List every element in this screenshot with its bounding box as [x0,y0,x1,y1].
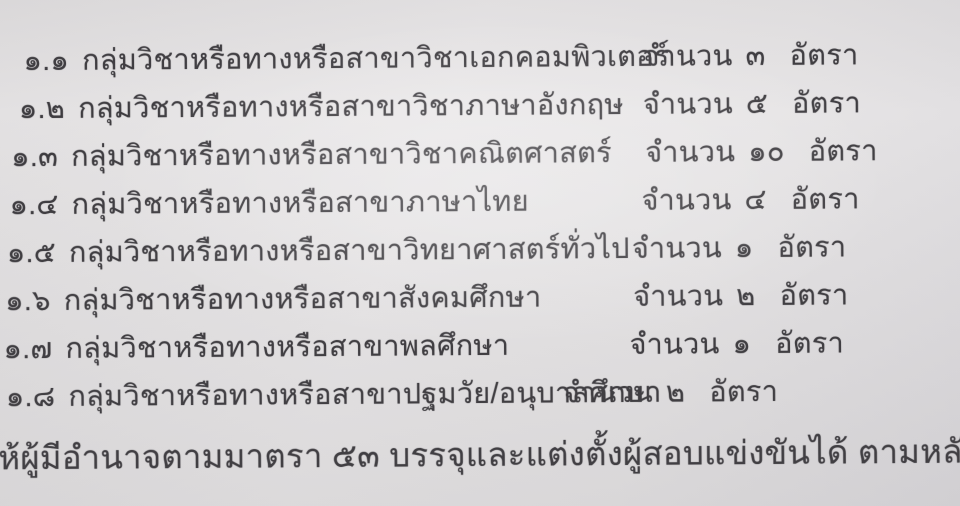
unit-label: อัตรา [775,319,844,365]
quota-value: จำนวน ๒ อัตรา [563,367,779,417]
quota-row: ๑.๓ กลุ่มวิชาหรือทางหรือสาขาวิชาคณิตศาสต… [0,126,959,181]
item-number: ๑.๒ [19,85,66,131]
count-prefix-label: จำนวน [642,32,732,79]
count-prefix-label: จำนวน [643,80,733,127]
quota-row: ๑.๗ กลุ่มวิชาหรือทางหรือสาขาพลศึกษา จำนว… [0,318,960,373]
count-prefix-label: จำนวน [641,176,731,223]
document-content: ๑.๑ กลุ่มวิชาหรือทางหรือสาขาวิชาเอกคอมพิ… [0,30,960,485]
subject-label: กลุ่มวิชาหรือทางหรือสาขาวิทยาศาสตร์ทั่วไ… [69,225,630,275]
quota-row: ๑.๔ กลุ่มวิชาหรือทางหรือสาขาภาษาไทย จำนว… [0,174,960,229]
unit-label: อัตรา [789,31,858,77]
unit-label: อัตรา [779,271,848,317]
count-value: ๕ [746,80,768,126]
quota-value: จำนวน ๑ อัตรา [632,222,847,271]
quota-row: ๑.๑ กลุ่มวิชาหรือทางหรือสาขาวิชาเอกคอมพิ… [0,30,959,85]
unit-label: อัตรา [792,79,861,125]
unit-label: อัตรา [809,127,878,173]
item-number: ๑.๖ [5,277,51,323]
subject-label: กลุ่มวิชาหรือทางหรือสาขาวิชาเอกคอมพิวเตอ… [82,33,670,83]
subject-label: กลุ่มวิชาหรือทางหรือสาขาพลศึกษา [65,322,509,371]
quota-value: จำนวน ๓ อัตรา [642,30,858,80]
unit-label: อัตรา [709,368,778,414]
count-prefix-label: จำนวน [633,272,723,319]
quota-row: ๑.๘ กลุ่มวิชาหรือทางหรือสาขาปฐมวัย/อนุบา… [1,366,960,421]
quota-value: จำนวน ๕ อัตรา [643,78,861,128]
count-prefix-label: จำนวน [632,224,722,271]
item-number: ๑.๘ [6,373,56,419]
item-number: ๑.๔ [9,181,58,227]
quota-row: ๑.๒ กลุ่มวิชาหรือทางหรือสาขาวิชาภาษาอังก… [0,78,959,133]
quota-row: ๑.๕ กลุ่มวิชาหรือทางหรือสาขาวิทยาศาสตร์ท… [0,222,960,277]
count-value: ๒ [736,272,756,318]
count-value: ๒ [666,369,686,415]
document-photo: ๑.๑ กลุ่มวิชาหรือทางหรือสาขาวิชาเอกคอมพิ… [0,0,960,506]
quota-row: ๑.๖ กลุ่มวิชาหรือทางหรือสาขาสังคมศึกษา จ… [0,270,960,325]
quota-value: จำนวน ๒ อัตรา [633,270,849,320]
unit-label: อัตรา [777,223,846,269]
count-value: ๔ [744,176,766,222]
item-number: ๑.๕ [7,229,56,275]
count-prefix-label: จำนวน [645,128,735,175]
subject-label: กลุ่มวิชาหรือทางหรือสาขาวิชาคณิตศาสตร์ [71,129,612,179]
quota-value: จำนวน ๑ อัตรา [629,318,844,367]
count-value: ๑๐ [748,128,785,174]
count-prefix-label: จำนวน [629,320,719,367]
count-value: ๑ [732,320,751,366]
item-number: ๑.๑ [23,37,69,83]
count-prefix-label: จำนวน [563,369,653,416]
item-number: ๑.๓ [11,133,58,179]
subject-label: กลุ่มวิชาหรือทางหรือสาขาสังคมศึกษา [64,274,542,323]
item-number: ๑.๗ [3,325,52,371]
count-value: ๑ [735,224,754,270]
footer-paragraph: ห้ผู้มีอำนาจตามมาตรา ๕๓ บรรจุและแต่งตั้ง… [0,425,960,485]
unit-label: อัตรา [791,175,860,221]
subject-label: กลุ่มวิชาหรือทางหรือสาขาวิชาภาษาอังกฤษ [78,81,624,131]
quota-value: จำนวน ๔ อัตรา [641,174,859,224]
quota-value: จำนวน ๑๐ อัตรา [645,126,878,176]
subject-label: กลุ่มวิชาหรือทางหรือสาขาภาษาไทย [71,178,529,227]
count-value: ๓ [745,32,765,78]
